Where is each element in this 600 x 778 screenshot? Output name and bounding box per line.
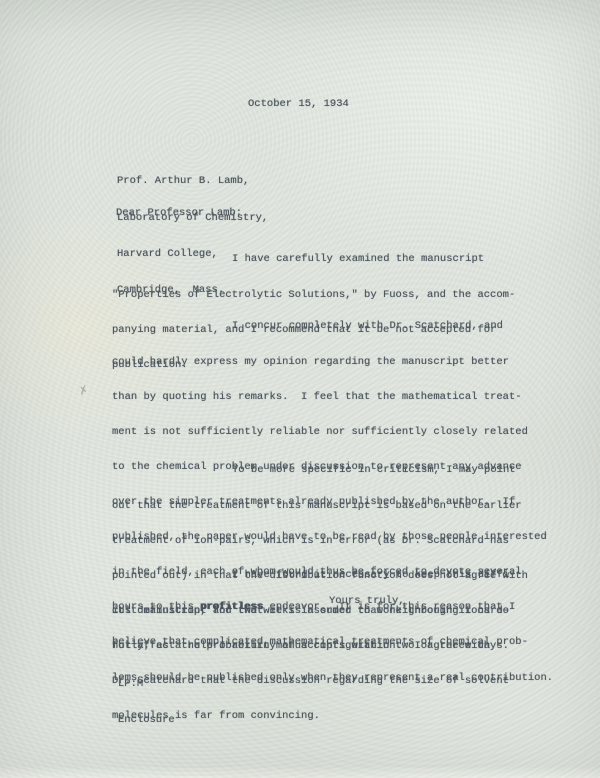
closing: Yours truly, (329, 596, 405, 608)
enclosure-note: Enclosure (118, 714, 175, 726)
letter-line: fully; as a rule I return manuscripts wi… (112, 641, 572, 653)
letter-line: I have carefully examined the manuscript (112, 254, 572, 266)
letter-line: I have found it necessary to keep this d… (112, 570, 572, 582)
margin-pencil-mark: ✗ (78, 384, 90, 397)
letter-line: molecules is far from convincing. (112, 711, 572, 723)
letter-line: Dr. Scatchard that the discussion regard… (112, 676, 572, 688)
signature-block: LP:M Enclosure (118, 655, 175, 750)
salutation: Dear Professor Lamb: (116, 208, 242, 220)
recipient-name: Prof. Arthur B. Lamb, (117, 175, 268, 188)
letter-line: I concur completely with Dr. Scatchard, … (112, 321, 572, 333)
letter-line: ment is not sufficiently reliable nor su… (112, 427, 572, 439)
letter-line: could hardly express my opinion regardin… (112, 357, 572, 369)
letter-page: October 15, 1934 Prof. Arthur B. Lamb, L… (0, 0, 600, 778)
typist-initials: LP:M (118, 678, 175, 690)
letter-date: October 15, 1934 (248, 99, 349, 111)
letter-line: treatment of ion-pairs, which is in erro… (112, 536, 572, 548)
letter-line: To be more specific in criticism, I may … (112, 465, 572, 477)
paragraph-4: I have found it necessary to keep this d… (112, 547, 572, 676)
letter-line: than by quoting his remarks. I feel that… (112, 392, 572, 404)
letter-line: out that the treatment of this manuscrip… (112, 501, 572, 513)
